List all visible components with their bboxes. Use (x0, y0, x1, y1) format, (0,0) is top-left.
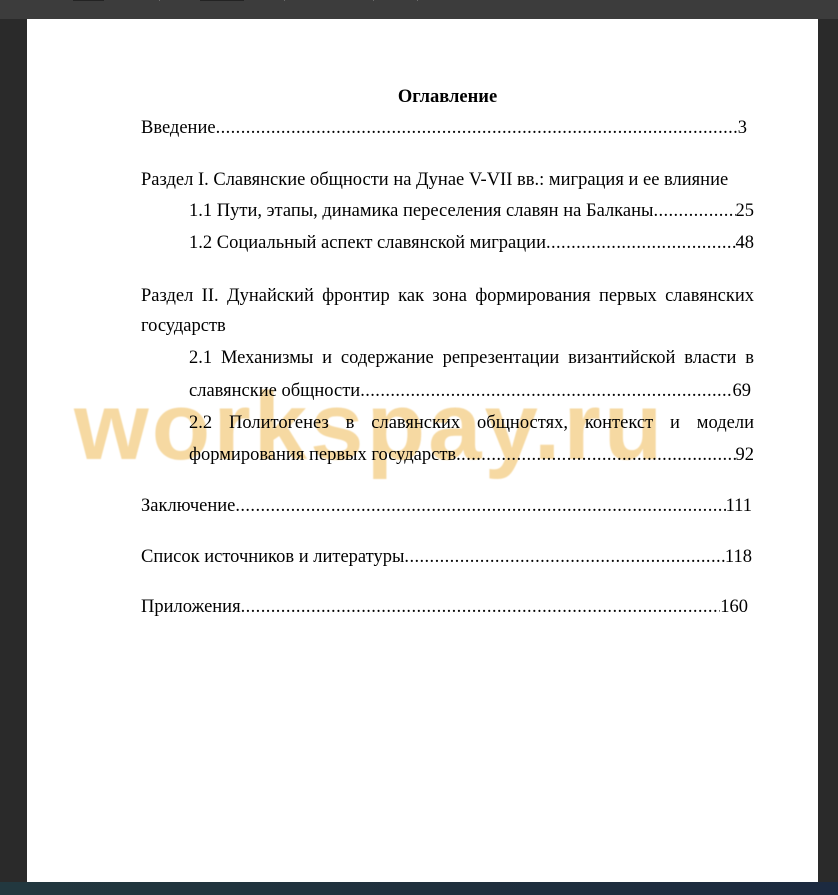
toc-entry-page: 3 (738, 116, 747, 140)
toc-entry-page: 25 (736, 199, 755, 223)
toc-entry-2-1[interactable]: 2.1 Механизмы и содержание репрезентации… (189, 346, 754, 370)
document-page: workspay.ru Оглавление Введение 3 Раздел… (27, 19, 818, 882)
toc-entry-1-1[interactable]: 1.1 Пути, этапы, динамика переселения сл… (189, 199, 754, 223)
dot-leader (456, 443, 735, 467)
toc-entry-label-line1: 2.2 Политогенез в славянских общностях, … (189, 413, 754, 433)
toc-entry-page: 48 (736, 231, 755, 255)
toolbar-fragment (73, 0, 104, 1)
viewer-toolbar-strip (0, 0, 838, 19)
toc-entry-bibliography[interactable]: Список источников и литературы 118 (141, 545, 752, 569)
toolbar-divider (373, 0, 374, 1)
toolbar-fragment (200, 0, 244, 1)
toc-entry-label: Приложения (141, 595, 241, 619)
toc-entry-label: Введение (141, 116, 216, 140)
toc-entry-label-line1: 2.1 Механизмы и содержание репрезентации… (189, 348, 754, 368)
dot-leader (360, 379, 732, 403)
toc-entry-2-2[interactable]: 2.2 Политогенез в славянских общностях, … (189, 411, 754, 435)
dot-leader (235, 494, 725, 518)
toc-entry-label: Заключение (141, 494, 235, 518)
dot-leader (241, 595, 721, 619)
toc-entry-label-line2: славянские общности (189, 379, 360, 403)
toc-entry-section-1[interactable]: Раздел I. Славянские общности на Дунае V… (141, 168, 728, 192)
toc-entry-label: 1.2 Социальный аспект славянской миграци… (189, 231, 546, 255)
toc-entry-1-2[interactable]: 1.2 Социальный аспект славянской миграци… (189, 231, 754, 255)
viewer-bottom-bar (0, 882, 838, 895)
toc-title: Оглавление (141, 85, 754, 109)
toc-entry-page: 160 (720, 595, 748, 619)
toolbar-divider (159, 0, 160, 1)
toc-entry-conclusion[interactable]: Заключение 111 (141, 494, 752, 518)
toc-entry-label: 1.1 Пути, этапы, динамика переселения сл… (189, 199, 653, 223)
toc-entry-page: 111 (726, 494, 752, 518)
dot-leader (216, 116, 738, 140)
dot-leader (546, 231, 736, 255)
toc-entry-page: 69 (733, 379, 752, 403)
toc-entry-label: Список источников и литературы (141, 545, 404, 569)
toolbar-divider (417, 0, 418, 1)
toc-entry-label: Раздел I. Славянские общности на Дунае V… (141, 170, 728, 190)
dot-leader (653, 199, 735, 223)
toc-entry-2-1-cont[interactable]: славянские общности 69 (189, 379, 751, 403)
dot-leader (404, 545, 725, 569)
toc-entry-label-line2: государств (141, 316, 226, 336)
toc-entry-2-2-cont[interactable]: формирования первых государств 92 (189, 443, 754, 467)
toc-entry-label-line2: формирования первых государств (189, 443, 456, 467)
toc-entry-section-2-cont[interactable]: государств (141, 314, 226, 338)
toc-entry-section-2[interactable]: Раздел II. Дунайский фронтир как зона фо… (141, 284, 754, 308)
toc-entry-label-line1: Раздел II. Дунайский фронтир как зона фо… (141, 286, 754, 306)
toc-entry-appendices[interactable]: Приложения 160 (141, 595, 748, 619)
toc-entry-page: 92 (736, 443, 755, 467)
toolbar-divider (284, 0, 285, 1)
toc-entry-page: 118 (725, 545, 752, 569)
toc-entry-introduction[interactable]: Введение 3 (141, 116, 747, 140)
